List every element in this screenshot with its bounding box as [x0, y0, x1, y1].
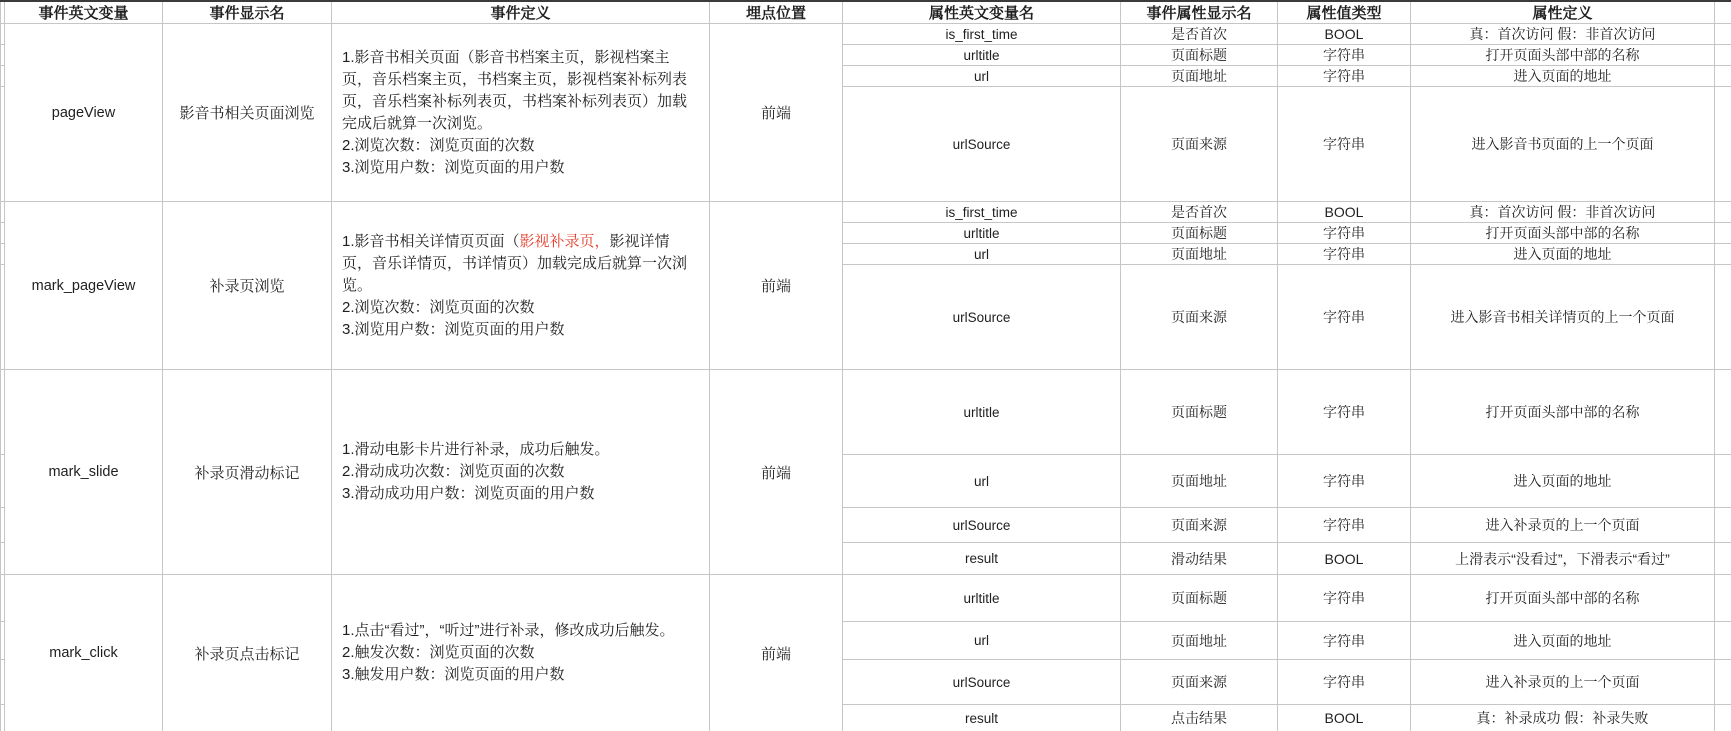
right-edge-sliver-header: [1715, 1, 1731, 24]
attr-var-cell[interactable]: urlSource: [843, 660, 1121, 705]
event-display-cell[interactable]: 补录页滑动标记: [163, 370, 332, 575]
left-edge-sliver-cell: [1, 660, 5, 705]
attr-var-cell[interactable]: urltitle: [843, 575, 1121, 622]
header-event-definition[interactable]: 事件定义: [332, 1, 710, 24]
attr-display-cell[interactable]: 页面标题: [1121, 370, 1278, 455]
attr-type-cell[interactable]: 字符串: [1278, 223, 1411, 244]
left-edge-sliver-cell: [1, 543, 5, 575]
event-definition-cell[interactable]: 1.影音书相关详情页页面（影视补录页，影视详情页，音乐详情页，书详情页）加载完成…: [332, 202, 710, 370]
header-attr-display[interactable]: 事件属性显示名: [1121, 1, 1278, 24]
right-edge-sliver-cell: [1715, 705, 1731, 731]
right-edge-sliver-cell: [1715, 45, 1731, 66]
right-edge-sliver-cell: [1715, 244, 1731, 265]
event-name-cell[interactable]: mark_slide: [5, 370, 163, 575]
attr-row: pageView影音书相关页面浏览1.影音书相关页面（影音书档案主页，影视档案主…: [1, 24, 1731, 45]
attr-display-cell[interactable]: 滑动结果: [1121, 543, 1278, 575]
attr-var-cell[interactable]: urlSource: [843, 265, 1121, 370]
left-edge-sliver-cell: [1, 87, 5, 202]
attr-var-cell[interactable]: result: [843, 705, 1121, 731]
right-edge-sliver-cell: [1715, 622, 1731, 660]
attr-definition-cell[interactable]: 进入补录页的上一个页面: [1411, 508, 1715, 543]
attr-display-cell[interactable]: 页面地址: [1121, 455, 1278, 508]
attr-var-cell[interactable]: urltitle: [843, 223, 1121, 244]
event-name-cell[interactable]: mark_click: [5, 575, 163, 731]
attr-type-cell[interactable]: 字符串: [1278, 370, 1411, 455]
attr-type-cell[interactable]: BOOL: [1278, 543, 1411, 575]
attr-definition-cell[interactable]: 进入影音书相关详情页的上一个页面: [1411, 265, 1715, 370]
event-definition-cell[interactable]: 1.影音书相关页面（影音书档案主页，影视档案主页，音乐档案主页，书档案主页，影视…: [332, 24, 710, 202]
attr-definition-cell[interactable]: 打开页面头部中部的名称: [1411, 45, 1715, 66]
attr-display-cell[interactable]: 页面地址: [1121, 66, 1278, 87]
attr-type-cell[interactable]: 字符串: [1278, 265, 1411, 370]
left-edge-sliver-cell: [1, 45, 5, 66]
left-edge-sliver-cell: [1, 265, 5, 370]
event-display-cell[interactable]: 补录页浏览: [163, 202, 332, 370]
event-name-cell[interactable]: mark_pageView: [5, 202, 163, 370]
definition-text: 1.影音书相关详情页页面（: [342, 233, 520, 250]
attr-var-cell[interactable]: is_first_time: [843, 202, 1121, 223]
event-display-cell[interactable]: 补录页点击标记: [163, 575, 332, 731]
attr-type-cell[interactable]: 字符串: [1278, 45, 1411, 66]
attr-definition-cell[interactable]: 真：首次访问 假：非首次访问: [1411, 202, 1715, 223]
tracking-position-cell[interactable]: 前端: [710, 370, 843, 575]
attr-definition-cell[interactable]: 打开页面头部中部的名称: [1411, 370, 1715, 455]
attr-type-cell[interactable]: 字符串: [1278, 66, 1411, 87]
attr-display-cell[interactable]: 是否首次: [1121, 202, 1278, 223]
attr-display-cell[interactable]: 页面地址: [1121, 244, 1278, 265]
attr-row: mark_slide补录页滑动标记1.滑动电影卡片进行补录，成功后触发。 2.滑…: [1, 370, 1731, 455]
attr-display-cell[interactable]: 是否首次: [1121, 24, 1278, 45]
attr-type-cell[interactable]: 字符串: [1278, 455, 1411, 508]
tracking-position-cell[interactable]: 前端: [710, 202, 843, 370]
attr-definition-cell[interactable]: 进入影音书页面的上一个页面: [1411, 87, 1715, 202]
definition-text: 1.影音书相关页面（影音书档案主页，影视档案主页，音乐档案主页，书档案主页，影视…: [342, 49, 687, 176]
attr-row: mark_click补录页点击标记1.点击“看过”，“听过”进行补录，修改成功后…: [1, 575, 1731, 622]
attr-display-cell[interactable]: 页面来源: [1121, 87, 1278, 202]
attr-type-cell[interactable]: BOOL: [1278, 202, 1411, 223]
left-edge-sliver-cell: [1, 455, 5, 508]
left-edge-sliver-cell: [1, 223, 5, 244]
attr-definition-cell[interactable]: 打开页面头部中部的名称: [1411, 575, 1715, 622]
header-attr-definition[interactable]: 属性定义: [1411, 1, 1715, 24]
header-attr-type[interactable]: 属性值类型: [1278, 1, 1411, 24]
header-row: 事件英文变量事件显示名事件定义埋点位置属性英文变量名事件属性显示名属性值类型属性…: [1, 1, 1731, 24]
header-attr-var[interactable]: 属性英文变量名: [843, 1, 1121, 24]
attr-type-cell[interactable]: 字符串: [1278, 244, 1411, 265]
right-edge-sliver-cell: [1715, 87, 1731, 202]
attr-display-cell[interactable]: 页面标题: [1121, 223, 1278, 244]
left-edge-sliver-cell: [1, 66, 5, 87]
left-edge-sliver-cell: [1, 705, 5, 731]
attr-row: mark_pageView补录页浏览1.影音书相关详情页页面（影视补录页，影视详…: [1, 202, 1731, 223]
attr-var-cell[interactable]: result: [843, 543, 1121, 575]
attr-definition-cell[interactable]: 真：补录成功 假：补录失败: [1411, 705, 1715, 731]
attr-type-cell[interactable]: 字符串: [1278, 622, 1411, 660]
event-tracking-table: 事件英文变量事件显示名事件定义埋点位置属性英文变量名事件属性显示名属性值类型属性…: [0, 0, 1731, 731]
attr-definition-cell[interactable]: 真：首次访问 假：非首次访问: [1411, 24, 1715, 45]
attr-var-cell[interactable]: is_first_time: [843, 24, 1121, 45]
attr-definition-cell[interactable]: 进入页面的地址: [1411, 244, 1715, 265]
attr-var-cell[interactable]: url: [843, 66, 1121, 87]
attr-type-cell[interactable]: 字符串: [1278, 87, 1411, 202]
attr-type-cell[interactable]: BOOL: [1278, 24, 1411, 45]
right-edge-sliver-cell: [1715, 543, 1731, 575]
left-edge-sliver-cell: [1, 622, 5, 660]
event-display-cell[interactable]: 影音书相关页面浏览: [163, 24, 332, 202]
right-edge-sliver-cell: [1715, 202, 1731, 223]
attr-display-cell[interactable]: 点击结果: [1121, 705, 1278, 731]
attr-var-cell[interactable]: url: [843, 244, 1121, 265]
highlighted-text: 影视补录页，: [520, 233, 610, 250]
right-edge-sliver-cell: [1715, 265, 1731, 370]
header-tracking-position[interactable]: 埋点位置: [710, 1, 843, 24]
right-edge-sliver-cell: [1715, 508, 1731, 543]
tracking-position-cell[interactable]: 前端: [710, 575, 843, 731]
attr-display-cell[interactable]: 页面来源: [1121, 508, 1278, 543]
left-edge-sliver-cell: [1, 244, 5, 265]
attr-var-cell[interactable]: urlSource: [843, 87, 1121, 202]
attr-var-cell[interactable]: urlSource: [843, 508, 1121, 543]
attr-display-cell[interactable]: 页面标题: [1121, 575, 1278, 622]
attr-display-cell[interactable]: 页面标题: [1121, 45, 1278, 66]
definition-text: 1.滑动电影卡片进行补录，成功后触发。 2.滑动成功次数：浏览页面的次数 3.滑…: [342, 441, 610, 502]
right-edge-sliver-cell: [1715, 455, 1731, 508]
attr-var-cell[interactable]: urltitle: [843, 370, 1121, 455]
left-edge-sliver-cell: [1, 508, 5, 543]
attr-type-cell[interactable]: 字符串: [1278, 660, 1411, 705]
attr-var-cell[interactable]: urltitle: [843, 45, 1121, 66]
right-edge-sliver-cell: [1715, 24, 1731, 45]
right-edge-sliver-cell: [1715, 66, 1731, 87]
attr-definition-cell[interactable]: 进入页面的地址: [1411, 66, 1715, 87]
attr-display-cell[interactable]: 页面来源: [1121, 265, 1278, 370]
event-name-cell[interactable]: pageView: [5, 24, 163, 202]
tracking-position-cell[interactable]: 前端: [710, 24, 843, 202]
attr-display-cell[interactable]: 页面地址: [1121, 622, 1278, 660]
attr-display-cell[interactable]: 页面来源: [1121, 660, 1278, 705]
event-definition-cell[interactable]: 1.点击“看过”，“听过”进行补录，修改成功后触发。 2.触发次数：浏览页面的次…: [332, 575, 710, 731]
right-edge-sliver-cell: [1715, 370, 1731, 455]
right-edge-sliver-cell: [1715, 223, 1731, 244]
header-event-display[interactable]: 事件显示名: [163, 1, 332, 24]
attr-var-cell[interactable]: url: [843, 622, 1121, 660]
attr-definition-cell[interactable]: 进入页面的地址: [1411, 622, 1715, 660]
attr-definition-cell[interactable]: 进入页面的地址: [1411, 455, 1715, 508]
attr-var-cell[interactable]: url: [843, 455, 1121, 508]
header-event-var[interactable]: 事件英文变量: [5, 1, 163, 24]
attr-definition-cell[interactable]: 进入补录页的上一个页面: [1411, 660, 1715, 705]
attr-type-cell[interactable]: 字符串: [1278, 575, 1411, 622]
right-edge-sliver-cell: [1715, 660, 1731, 705]
definition-text: 1.点击“看过”，“听过”进行补录，修改成功后触发。 2.触发次数：浏览页面的次…: [342, 622, 675, 683]
attr-type-cell[interactable]: BOOL: [1278, 705, 1411, 731]
attr-definition-cell[interactable]: 上滑表示“没看过”，下滑表示“看过”: [1411, 543, 1715, 575]
event-definition-cell[interactable]: 1.滑动电影卡片进行补录，成功后触发。 2.滑动成功次数：浏览页面的次数 3.滑…: [332, 370, 710, 575]
right-edge-sliver-cell: [1715, 575, 1731, 622]
attr-definition-cell[interactable]: 打开页面头部中部的名称: [1411, 223, 1715, 244]
attr-type-cell[interactable]: 字符串: [1278, 508, 1411, 543]
